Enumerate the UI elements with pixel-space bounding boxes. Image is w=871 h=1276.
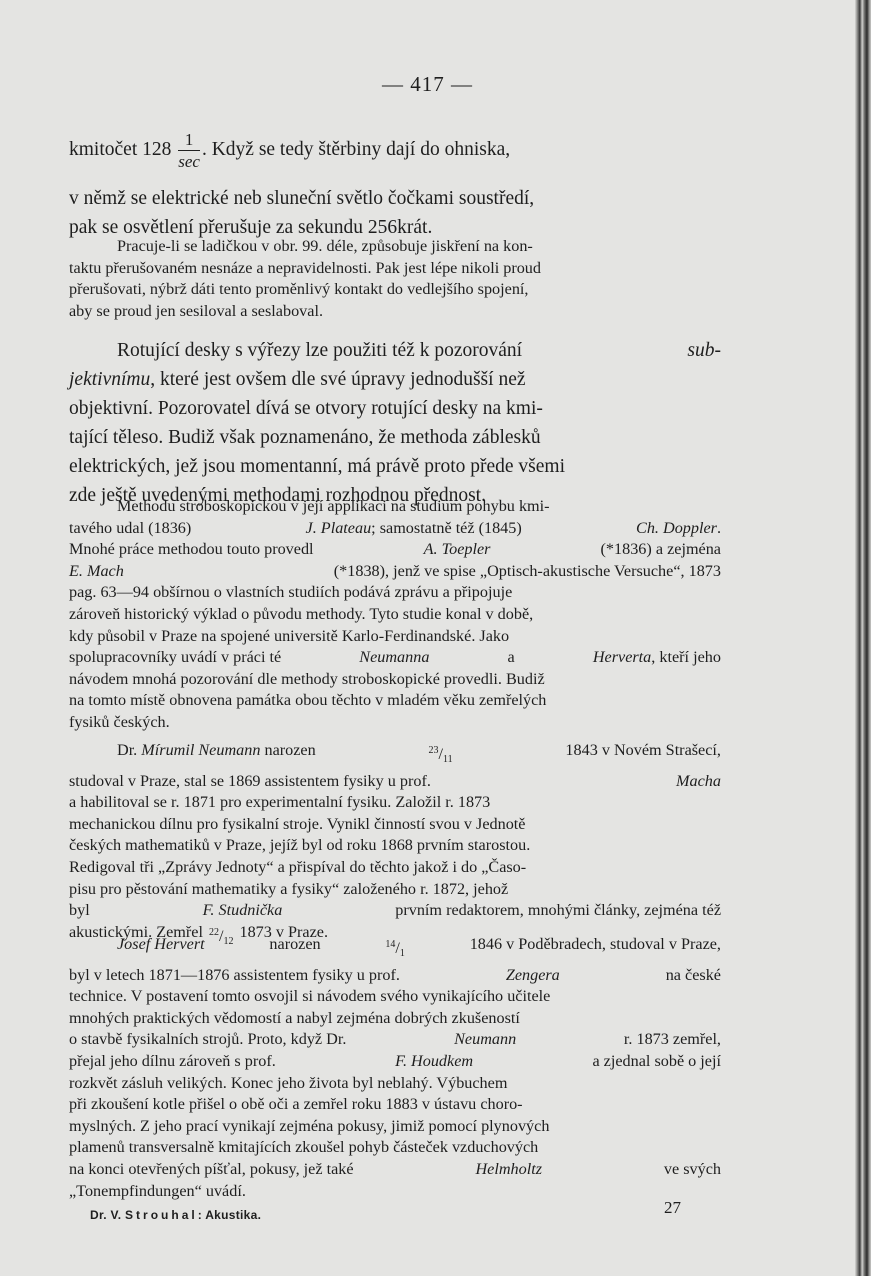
person-name: Mírumil Neumann xyxy=(141,741,260,759)
text-fragment-italic: jektivnímu xyxy=(69,369,150,390)
text-line: pag. 63—94 obšírnou o vlastních studiích… xyxy=(69,582,721,604)
person-name: J. Plateau xyxy=(306,519,372,537)
text-line: v němž se elektrické neb sluneční světlo… xyxy=(69,184,721,213)
text-line: byl v letech 1871—1876 assistentem fysik… xyxy=(69,965,721,987)
text-line: na tomto místě obnovena památka obou těc… xyxy=(69,690,721,712)
text-line: při zkoušení kotle přišel o obě oči a ze… xyxy=(69,1094,721,1116)
text-line: tající těleso. Budiž však poznamenáno, ž… xyxy=(69,423,721,452)
text-line: pisu pro pěstování mathematiky a fysiky“… xyxy=(69,879,721,901)
text-fragment: tavého udal (1836) xyxy=(69,518,191,540)
text-fragment: byl v letech 1871—1876 assistentem fysik… xyxy=(69,965,400,987)
text-fragment: Mnohé práce methodou touto provedl xyxy=(69,539,314,561)
text-fragment: prvním redaktorem, mnohými články, zejmé… xyxy=(395,900,721,922)
text-line: o stavbě fysikalních strojů. Proto, když… xyxy=(69,1029,721,1051)
text-line: Josef Hervert narozen 14/1 1846 v Poděbr… xyxy=(69,934,721,965)
person-name: F. Studnička xyxy=(203,900,283,922)
text-fragment: 1846 v Poděbradech, studoval v Praze, xyxy=(470,934,721,965)
fraction-numerator: 1 xyxy=(178,131,200,151)
text-line: myslných. Z jeho prací vynikají zejména … xyxy=(69,1116,721,1138)
book-page: — 417 — kmitočet 128 1 sec . Když se ted… xyxy=(0,0,855,1276)
footer-author-title: Dr. V. Strouhal: Akustika. xyxy=(90,1208,261,1222)
text-fragment: , které jest ovšem dle své úpravy jednod… xyxy=(150,369,525,390)
text-line: Methodu stroboskopickou v její applikaci… xyxy=(69,496,721,518)
text-fragment: ve svých xyxy=(664,1159,721,1181)
fraction-denominator: sec xyxy=(178,151,200,170)
text-line: návodem mnohá pozorování dle methody str… xyxy=(69,669,721,691)
text-line: plamenů transversalně kmitajících zkouše… xyxy=(69,1137,721,1159)
text-line: objektivní. Pozorovatel dívá se otvory r… xyxy=(69,394,721,423)
text-line: přejal jeho dílnu zároveň s prof. F. Hou… xyxy=(69,1051,721,1073)
text-fragment: (*1836) a zejména xyxy=(601,539,721,561)
text-line: Pracuje-li se ladičkou v obr. 99. déle, … xyxy=(69,236,721,258)
text-fragment-italic: sub- xyxy=(687,336,721,365)
text-line: „Tonempfindungen“ uvádí. xyxy=(69,1181,721,1203)
footer-author-surname: Strouhal xyxy=(125,1208,198,1222)
text-fragment: narozen xyxy=(269,934,320,965)
text-span: Herverta, kteří jeho xyxy=(593,647,721,669)
text-span: kmitočet 128 1 sec . Když se tedy štěrbi… xyxy=(69,131,510,170)
text-line: kmitočet 128 1 sec . Když se tedy štěrbi… xyxy=(69,131,721,170)
text-fragment: 1843 v Novém Strašecí, xyxy=(565,740,721,771)
text-fragment: na české xyxy=(666,965,721,987)
text-line: zároveň historický výklad o původu metho… xyxy=(69,604,721,626)
paragraph-neumann-biography: Dr. Mírumil Neumann narozen 23/11 1843 v… xyxy=(69,740,721,952)
text-span: jektivnímu, které jest ovšem dle své úpr… xyxy=(69,365,526,394)
text-fragment: . Když se tedy štěrbiny dají do ohniska, xyxy=(202,139,510,160)
text-fragment: a xyxy=(508,647,515,669)
text-fragment: o stavbě fysikalních strojů. Proto, když… xyxy=(69,1029,346,1051)
person-name: Helmholtz xyxy=(475,1159,542,1181)
text-fragment: . xyxy=(717,519,721,537)
text-fragment: na konci otevřených píšťal, pokusy, jež … xyxy=(69,1159,354,1181)
text-fragment: a zjednal sobě o její xyxy=(592,1051,721,1073)
person-name: Herverta xyxy=(593,648,651,666)
date-day: 23 xyxy=(429,745,439,756)
text-fragment: Dr. xyxy=(117,741,137,759)
paragraph-frequency: kmitočet 128 1 sec . Když se tedy štěrbi… xyxy=(69,131,721,242)
text-fragment: narozen xyxy=(264,741,315,759)
text-line: Dr. Mírumil Neumann narozen 23/11 1843 v… xyxy=(69,740,721,771)
text-line: kdy působil v Praze na spojené universit… xyxy=(69,626,721,648)
text-fragment: r. 1873 zemřel, xyxy=(624,1029,721,1051)
text-fragment: byl xyxy=(69,900,90,922)
text-line: technice. V postavení tomto osvojil si n… xyxy=(69,986,721,1008)
text-fragment: ; samostatně též (1845) xyxy=(371,519,522,537)
signature-mark: 27 xyxy=(664,1198,681,1218)
fraction: 1 sec xyxy=(178,131,200,170)
text-line: jektivnímu, které jest ovšem dle své úpr… xyxy=(69,365,721,394)
text-line: Redigoval tři „Zprávy Jednoty“ a přispív… xyxy=(69,857,721,879)
footer-book-title: : Akustika. xyxy=(198,1208,262,1222)
text-span: Dr. Mírumil Neumann narozen xyxy=(117,740,316,771)
text-line: českých mathematiků v Praze, jejíž byl o… xyxy=(69,835,721,857)
person-name: Neumann xyxy=(454,1029,516,1051)
date-month: 1 xyxy=(400,948,405,959)
text-line: Mnohé práce methodou touto provedl A. To… xyxy=(69,539,721,561)
footer-author: Dr. V. xyxy=(90,1208,121,1222)
text-span: J. Plateau; samostatně též (1845) xyxy=(306,518,522,540)
paragraph-stroboscopic-history: Methodu stroboskopickou v její applikaci… xyxy=(69,496,721,734)
text-line: studoval v Praze, stal se 1869 assistent… xyxy=(69,771,721,793)
text-line: byl F. Studnička prvním redaktorem, mnoh… xyxy=(69,900,721,922)
text-span: Ch. Doppler. xyxy=(636,518,721,540)
text-fragment: Rotující desky s výřezy lze použiti též … xyxy=(117,336,522,365)
text-line: tavého udal (1836) J. Plateau; samostatn… xyxy=(69,518,721,540)
text-fragment: přejal jeho dílnu zároveň s prof. xyxy=(69,1051,276,1073)
text-line: fysiků českých. xyxy=(69,712,721,734)
text-fragment: , kteří jeho xyxy=(651,648,721,666)
person-name: A. Toepler xyxy=(424,539,491,561)
paragraph-rotating-discs: Rotující desky s výřezy lze použiti též … xyxy=(69,336,721,510)
person-name: Macha xyxy=(676,771,721,793)
person-name: Josef Hervert xyxy=(117,934,205,965)
person-name: F. Houdkem xyxy=(395,1051,473,1073)
person-name: E. Mach xyxy=(69,561,124,583)
text-line: a habilitoval se r. 1871 pro experimenta… xyxy=(69,792,721,814)
text-line: elektrických, jež jsou momentanní, má pr… xyxy=(69,452,721,481)
person-name: Neumanna xyxy=(359,647,429,669)
page-number: — 417 — xyxy=(0,72,855,97)
text-line: Rotující desky s výřezy lze použiti též … xyxy=(69,336,721,365)
text-line: taktu přerušovaném nesnáze a nepravideln… xyxy=(69,258,721,280)
date-day: 14 xyxy=(385,939,395,950)
text-fragment: kmitočet 128 xyxy=(69,139,171,160)
date-month: 11 xyxy=(443,754,453,765)
text-line: na konci otevřených píšťal, pokusy, jež … xyxy=(69,1159,721,1181)
text-fragment: (*1838), jenž ve spise „Optisch-akustisc… xyxy=(334,561,721,583)
text-line: E. Mach (*1838), jenž ve spise „Optisch-… xyxy=(69,561,721,583)
text-line: rozkvět zásluh velikých. Konec jeho živo… xyxy=(69,1073,721,1095)
paragraph-hervert-biography: Josef Hervert narozen 14/1 1846 v Poděbr… xyxy=(69,934,721,1202)
date-fraction: 23/11 xyxy=(429,740,453,771)
date-fraction: 14/1 xyxy=(385,934,405,965)
text-line: aby se proud jen sesiloval a seslaboval. xyxy=(69,301,721,323)
text-line: mechanickou dílnu pro fysikalní stroje. … xyxy=(69,814,721,836)
book-binding-edge xyxy=(855,0,871,1276)
text-fragment: spolupracovníky uvádí v práci té xyxy=(69,647,281,669)
text-fragment: studoval v Praze, stal se 1869 assistent… xyxy=(69,771,431,793)
text-line: mnohých praktických vědomostí a nabyl ze… xyxy=(69,1008,721,1030)
paragraph-tuning-fork: Pracuje-li se ladičkou v obr. 99. déle, … xyxy=(69,236,721,322)
person-name: Zengera xyxy=(506,965,560,987)
text-line: spolupracovníky uvádí v práci té Neumann… xyxy=(69,647,721,669)
person-name: Ch. Doppler xyxy=(636,519,717,537)
text-line: přerušovati, nýbrž dáti tento proměnlivý… xyxy=(69,279,721,301)
